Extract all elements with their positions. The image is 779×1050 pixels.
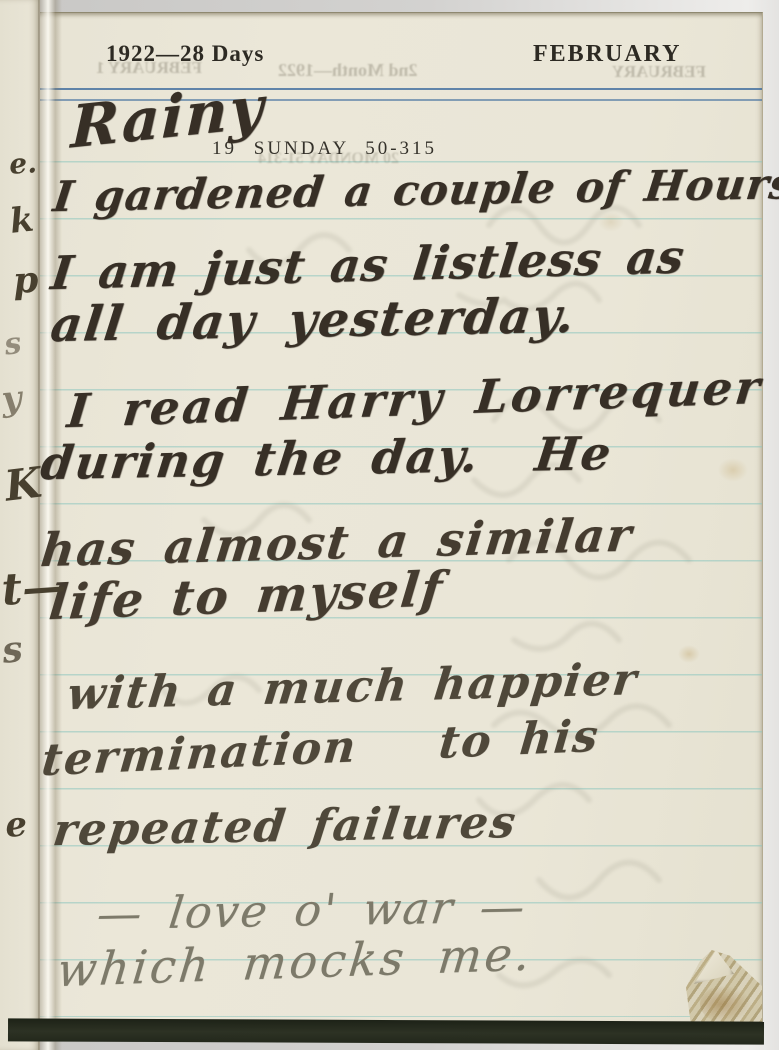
handwriting-line: life to myself [47,565,446,627]
margin-ink-fragment: K [2,458,44,511]
paper-stain [598,212,624,232]
margin-ink-fragment: t— [0,561,68,616]
folded-corner-stain [700,985,752,1023]
diary-page-scan: FEBRUARY 1 2nd Month—1922 FEBRUARY 20 MO… [0,0,779,1050]
book-bottom-edge [8,1018,764,1044]
handwriting-line: all day yesterday. [48,292,579,349]
margin-ink-fragment: e. [8,146,38,181]
handwriting-line: repeated failures [51,801,520,853]
margin-ink-fragment: y [0,378,23,420]
handwriting-line: during the day. He [38,430,615,486]
ghost-print-month-line: 2nd Month—1922 [278,60,418,81]
handwriting-line: I gardened a couple of Hours [51,163,779,218]
paper-stain [718,458,748,482]
margin-ink-fragment: s [0,628,25,672]
printed-year-days-label: 1922—28 Days [106,41,264,67]
printed-month-label: FEBRUARY [533,41,682,68]
margin-ink-fragment: p [12,259,39,302]
margin-ink-fragment: k [8,200,36,242]
margin-ink-fragment: e [4,804,28,845]
paper-stain [678,645,700,663]
